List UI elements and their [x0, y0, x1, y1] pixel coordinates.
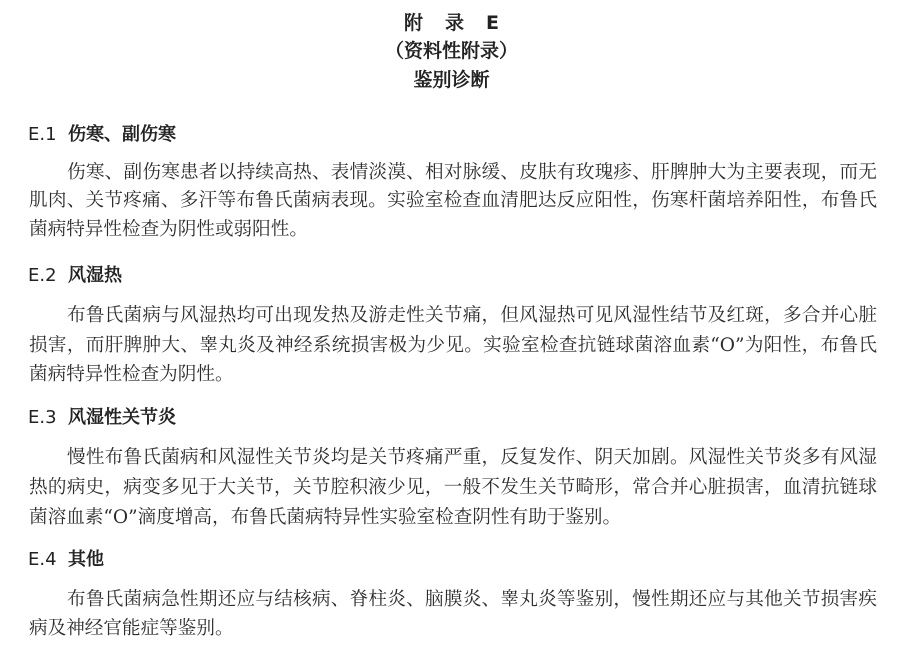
section-number: E.4	[28, 549, 68, 570]
section-heading-e2: E.2风湿热	[28, 261, 122, 287]
paragraph-line: 伤寒、副伤寒患者以持续高热、表情淡漠、相对脉缓、皮肤有玫瑰疹、肝脾肿大为主要表现…	[67, 162, 877, 184]
paragraph-line: 布鲁氏菌病与风湿热均可出现发热及游走性关节痛，但风湿热可见风湿性结节及红斑，多合…	[67, 305, 877, 327]
appendix-type: （资料性附录）	[0, 36, 903, 63]
paragraph-line: 热的病史，病变多见于大关节，关节腔积液少见，一般不发生关节畸形，常合并心脏损害，…	[29, 477, 877, 499]
section-title: 其他	[68, 549, 104, 570]
appendix-title: 附录E	[0, 8, 903, 35]
section-heading-e4: E.4其他	[28, 545, 104, 571]
appendix-letter: E	[486, 12, 499, 34]
paragraph-line: 肌肉、关节疼痛、多汗等布鲁氏菌病表现。实验室检查血清肥达反应阳性，伤寒杆菌培养阳…	[29, 190, 877, 212]
section-title: 伤寒、副伤寒	[68, 124, 176, 145]
appendix-title-middle: 录	[445, 12, 464, 34]
section-title: 风湿性关节炎	[68, 407, 176, 428]
section-number: E.3	[28, 407, 68, 428]
paragraph-line: 慢性布鲁氏菌病和风湿性关节炎均是关节疼痛严重，反复发作、阴天加剧。风湿性关节炎多…	[67, 447, 877, 469]
section-number: E.2	[28, 265, 68, 286]
paragraph-line: 病及神经官能症等鉴别。	[29, 618, 877, 640]
appendix-title-prefix: 附	[404, 12, 423, 34]
section-number: E.1	[28, 124, 68, 145]
appendix-subject: 鉴别诊断	[0, 65, 903, 92]
paragraph-line: 布鲁氏菌病急性期还应与结核病、脊柱炎、脑膜炎、睾丸炎等鉴别，慢性期还应与其他关节…	[67, 589, 877, 611]
paragraph-line: 菌溶血素“O”滴度增高，布鲁氏菌病特异性实验室检查阴性有助于鉴别。	[29, 507, 877, 529]
document-page: 附录E （资料性附录） 鉴别诊断 E.1伤寒、副伤寒 伤寒、副伤寒患者以持续高热…	[0, 0, 903, 653]
section-title: 风湿热	[68, 265, 122, 286]
paragraph-line: 菌病特异性检查为阴性。	[29, 364, 877, 386]
section-heading-e1: E.1伤寒、副伤寒	[28, 120, 176, 146]
section-heading-e3: E.3风湿性关节炎	[28, 403, 176, 429]
paragraph-line: 菌病特异性检查为阴性或弱阳性。	[29, 219, 877, 241]
paragraph-line: 损害，而肝脾肿大、睾丸炎及神经系统损害极为少见。实验室检查抗链球菌溶血素“O”为…	[29, 335, 877, 357]
